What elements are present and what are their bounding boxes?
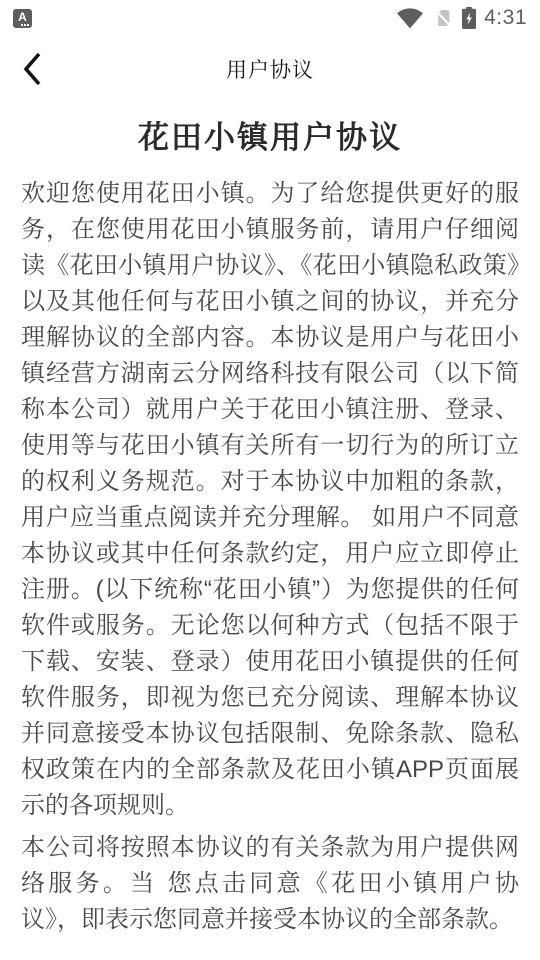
notification-app-icon-dots bbox=[27, 24, 29, 26]
app-bar: 用户协议 bbox=[0, 36, 540, 102]
battery-charging-icon bbox=[462, 7, 476, 29]
no-sim-icon bbox=[433, 8, 453, 28]
notification-app-icon: A bbox=[13, 9, 32, 28]
app-screen: A 4:31 用户协议 花田小 bbox=[0, 0, 540, 960]
agreement-paragraph-1: 欢迎您使用花田小镇。为了给您提供更好的服务，在您使用花田小镇服务前，请用户仔细阅… bbox=[21, 176, 519, 824]
wifi-icon bbox=[396, 8, 424, 29]
agreement-scroll-area[interactable]: 花田小镇用户协议 欢迎您使用花田小镇。为了给您提供更好的服务，在您使用花田小镇服… bbox=[0, 116, 540, 938]
agreement-title: 花田小镇用户协议 bbox=[21, 116, 519, 160]
status-bar: A 4:31 bbox=[0, 0, 540, 36]
chevron-left-icon bbox=[22, 51, 44, 87]
notification-app-icon-letter: A bbox=[18, 11, 27, 23]
back-button[interactable] bbox=[18, 47, 48, 91]
agreement-paragraph-2: 本公司将按照本协议的有关条款为用户提供网络服务。当 您点击同意《花田小镇用户协议… bbox=[21, 830, 519, 938]
status-time: 4:31 bbox=[484, 6, 527, 30]
status-bar-right: 4:31 bbox=[396, 6, 527, 30]
page-title: 用户协议 bbox=[226, 54, 314, 84]
